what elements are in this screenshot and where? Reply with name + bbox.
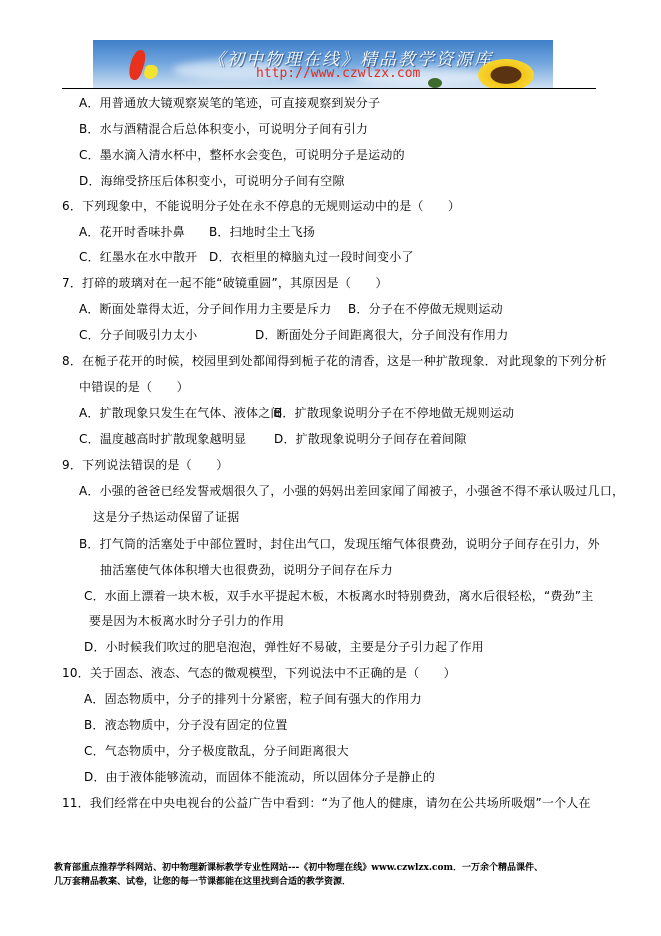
q8-option-a: A．扩散现象只发生在气体、液体之间 <box>79 406 283 420</box>
header-banner: 《初中物理在线》精品教学资源库 http://www.czwlzx.com <box>93 40 553 88</box>
q10-option-d: D．由于液体能够流动，而固体不能流动，所以固体分子是静止的 <box>84 770 435 784</box>
q7-option-b: B．分子在不停做无规则运动 <box>348 302 503 316</box>
q5-option-d: D．海绵受挤压后体积变小，可说明分子间有空隙 <box>79 174 345 188</box>
q8-option-c: C．温度越高时扩散现象越明显 <box>79 432 246 446</box>
q6-option-d: D．衣柜里的樟脑丸过一段时间变小了 <box>209 250 414 264</box>
q10-option-b: B．液态物质中，分子没有固定的位置 <box>84 718 288 732</box>
q9-stem: 9．下列说法错误的是（ ） <box>62 458 228 472</box>
q10-option-c: C．气态物质中，分子极度散乱，分子间距离很大 <box>84 744 349 758</box>
q8-stem-line1: 8．在栀子花开的时候，校园里到处都闻得到栀子花的清香，这是一种扩散现象．对此现象… <box>62 354 607 368</box>
q10-option-a: A．固态物质中，分子的排列十分紧密，粒子间有强大的作用力 <box>84 692 422 706</box>
q9-option-b-line1: B．打气筒的活塞处于中部位置时，封住出气口，发现压缩气体很费劲，说明分子间存在引… <box>79 537 600 551</box>
q8-option-b: B．扩散现象说明分子在不停地做无规则运动 <box>274 406 514 420</box>
q11-stem: 11．我们经常在中央电视台的公益广告中看到：“为了他人的健康，请勿在公共场所吸烟… <box>62 796 591 810</box>
leaf-icon <box>428 78 442 88</box>
q9-option-d: D．小时候我们吹过的肥皂泡泡，弹性好不易破，主要是分子引力起了作用 <box>84 640 484 654</box>
q5-option-b: B．水与酒精混合后总体积变小，可说明分子间有引力 <box>79 122 368 136</box>
q5-option-c: C．墨水滴入清水杯中，整杯水会变色，可说明分子是运动的 <box>79 148 405 162</box>
q9-option-b-line2: 抽活塞使气体体积增大也很费劲，说明分子间存在斥力 <box>100 563 393 577</box>
banner-url: http://www.czwlzx.com <box>256 66 420 81</box>
q7-option-a: A．断面处靠得太近，分子间作用力主要是斥力 <box>79 302 331 316</box>
q9-option-c-line2: 要是因为木板离水时分子引力的作用 <box>89 614 284 628</box>
q8-stem-line2: 中错误的是（ ） <box>79 380 189 394</box>
q6-option-b: B．扫地时尘土飞扬 <box>209 225 315 239</box>
q9-option-c-line1: C．水面上漂着一块木板，双手水平提起木板，木板离水时特别费劲，离水后很轻松，“费… <box>84 589 593 603</box>
q7-option-d: D．断面处分子间距离很大，分子间没有作用力 <box>255 328 508 342</box>
q7-stem: 7．打碎的玻璃对在一起不能“破镜重圆”，其原因是（ ） <box>62 276 388 290</box>
footer-line-1: 教育部重点推荐学科网站、初中物理新课标教学专业性网站---《初中物理在线》www… <box>54 862 543 874</box>
q5-option-a: A．用普通放大镜观察炭笔的笔迹，可直接观察到炭分子 <box>79 96 380 110</box>
q6-option-a: A．花开时香味扑鼻 <box>79 225 185 239</box>
q7-option-c: C．分子间吸引力太小 <box>79 328 197 342</box>
q6-option-c: C．红墨水在水中散开 <box>79 250 197 264</box>
header-divider <box>62 88 596 89</box>
q8-option-d: D．扩散现象说明分子间存在着间隙 <box>274 432 466 446</box>
q9-option-a-line2: 这是分子热运动保留了证据 <box>93 510 239 524</box>
footer-line-2: 几万套精品教案、试卷，让您的每一节课都能在这里找到合适的教学资源． <box>54 876 351 888</box>
sunflower-icon <box>478 59 534 88</box>
logo-icon-accent <box>142 65 161 79</box>
q6-stem: 6．下列现象中，不能说明分子处在永不停息的无规则运动中的是（ ） <box>62 199 460 213</box>
q10-stem: 10．关于固态、液态、气态的微观模型，下列说法中不正确的是（ ） <box>62 666 456 680</box>
q9-option-a-line1: A．小强的爸爸已经发誓戒烟很久了，小强的妈妈出差回家闻了闻被子，小强爸不得不承认… <box>79 484 624 498</box>
